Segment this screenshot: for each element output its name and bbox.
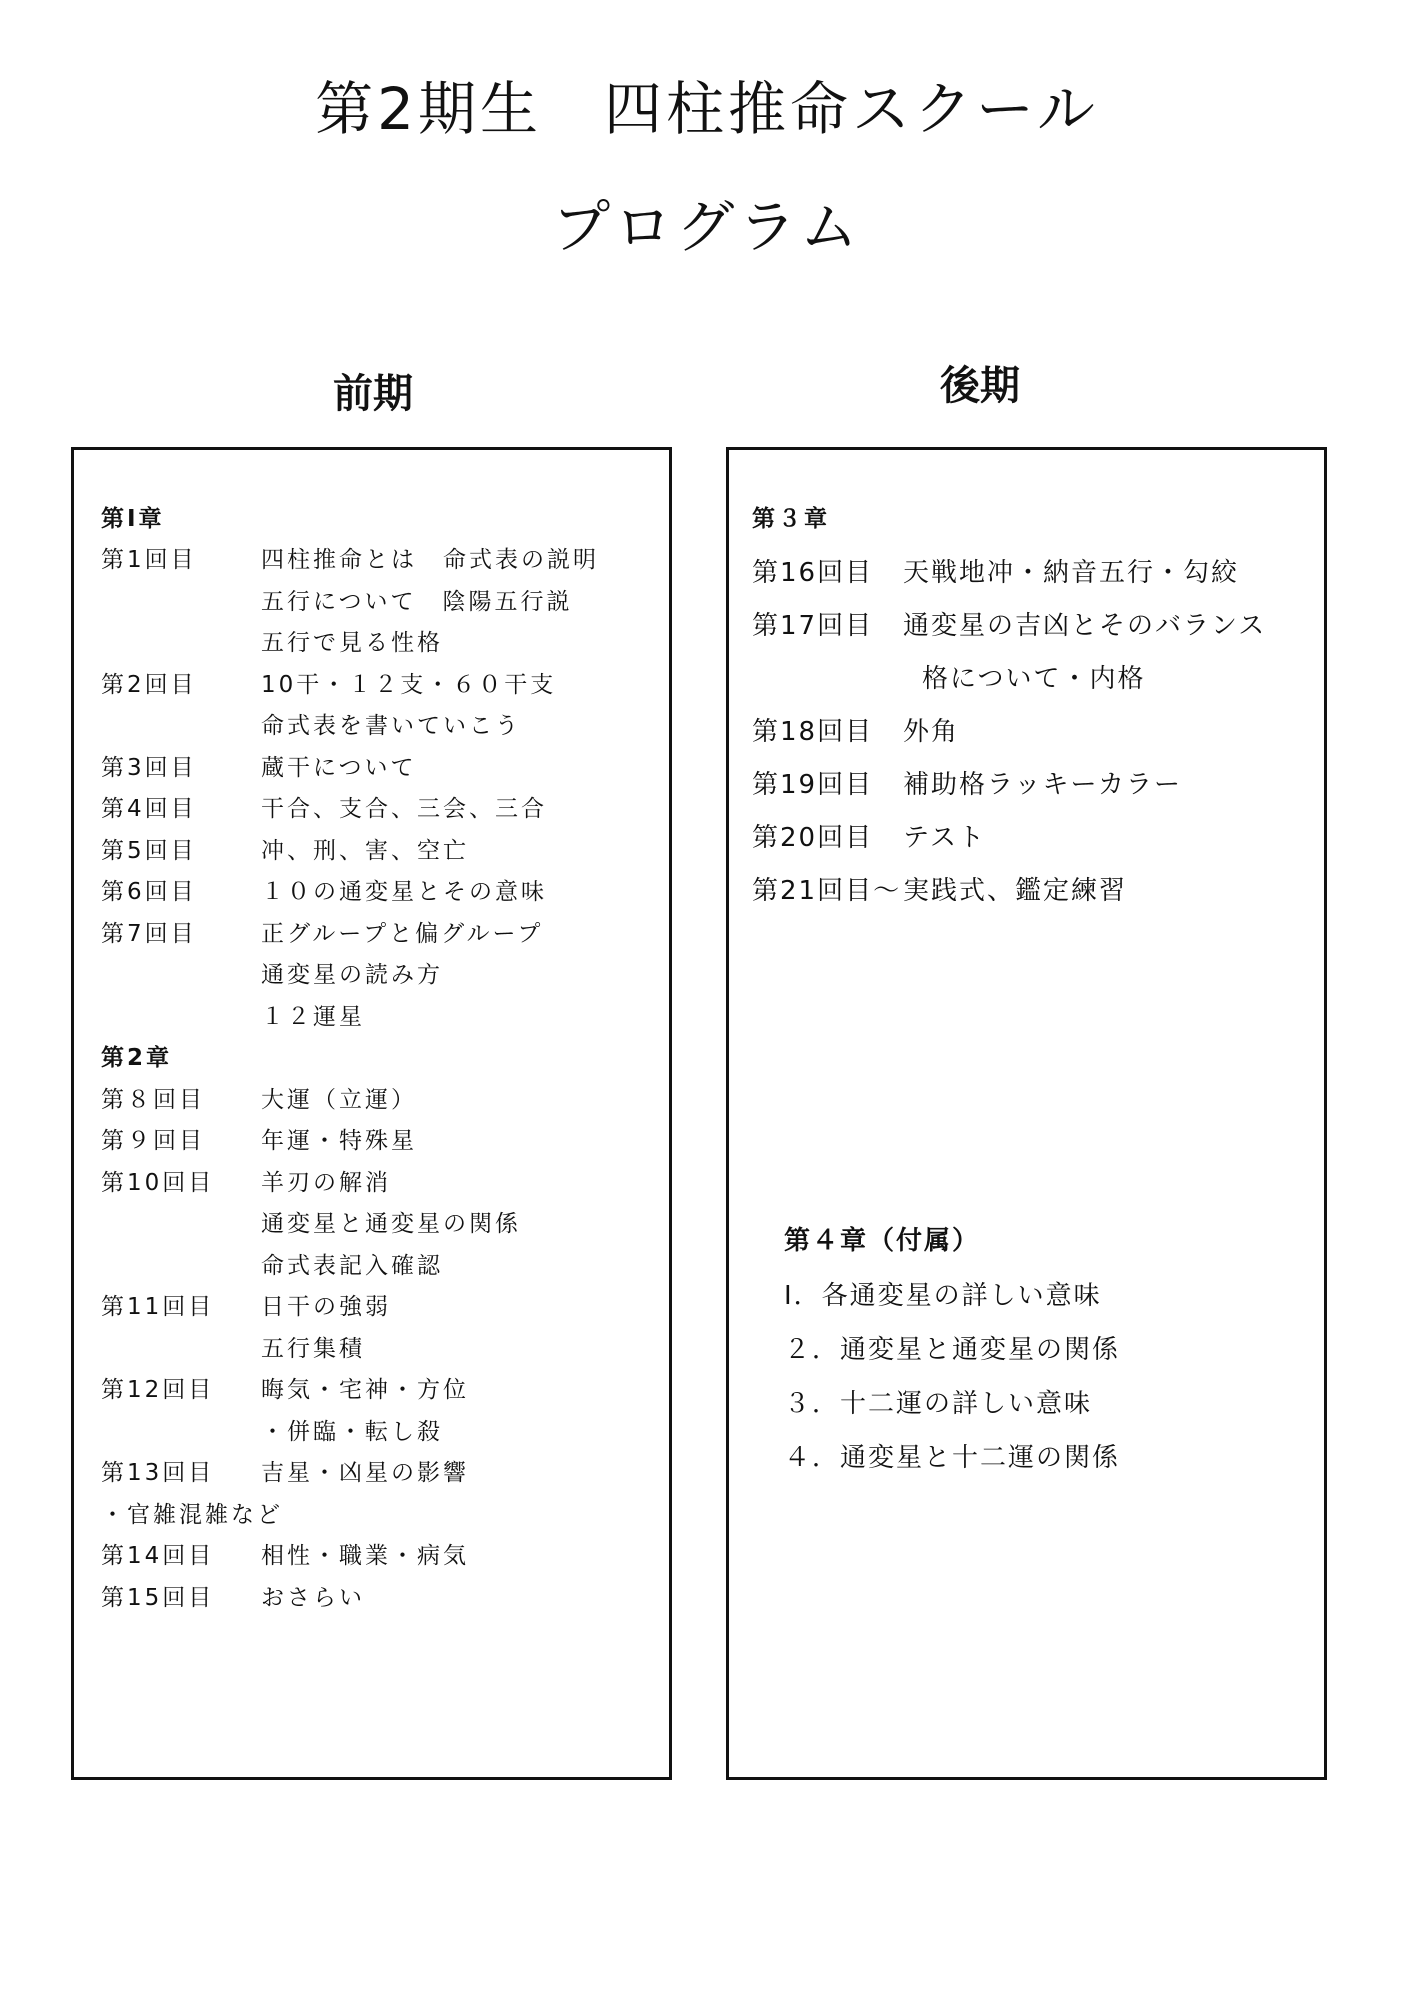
lesson-5-content-1: 冲、刑、害、空亡: [261, 832, 469, 865]
lesson-11-label: 第11回目: [101, 1288, 214, 1321]
lesson-5-label: 第5回目: [101, 832, 197, 865]
lesson-18-label: 第18回目: [752, 711, 873, 748]
appendix-item-3: ３．十二運の詳しい意味: [784, 1383, 1092, 1420]
lesson-13-content-1: 吉星・凶星の影響: [261, 1454, 469, 1487]
lesson-17-label: 第17回目: [752, 605, 873, 642]
lesson-12-content-1: 晦気・宅神・方位: [261, 1371, 469, 1404]
lesson-16-content-1: 天戦地冲・納音五行・勾絞: [903, 552, 1239, 589]
chapter-2-heading: 第2章: [101, 1039, 172, 1072]
lesson-17-content-1: 通変星の吉凶とそのバランス: [903, 605, 1266, 642]
lesson-15-content-1: おさらい: [261, 1579, 365, 1612]
lesson-10-content-2: 通変星と通変星の関係: [261, 1205, 521, 1238]
lesson-14-content-1: 相性・職業・病気: [261, 1537, 469, 1570]
right-column-heading: 後期: [880, 354, 1080, 411]
lesson-11-content-1: 日干の強弱: [261, 1288, 391, 1321]
lesson-21-label: 第21回目～: [752, 870, 901, 907]
lesson-7-content-1: 正グループと偏グループ: [261, 915, 543, 948]
page-title-line2: プログラム: [0, 180, 1414, 264]
lesson-18-content-1: 外角: [903, 711, 959, 748]
lesson-10-content-3: 命式表記入確認: [261, 1247, 443, 1280]
left-column-heading: 前期: [273, 362, 473, 419]
lesson-4-label: 第4回目: [101, 790, 197, 823]
lesson-13-continuation: ・官雑混雑など: [101, 1496, 283, 1529]
lesson-20-content-1: テスト: [903, 817, 986, 854]
lesson-2-label: 第2回目: [101, 666, 197, 699]
lesson-2-content-1: 10干・１２支・６０干支: [261, 666, 556, 699]
right-program-box: [726, 447, 1327, 1780]
appendix-item-2: ２．通変星と通変星の関係: [784, 1329, 1120, 1366]
lesson-1-content-2: 五行について 陰陽五行説: [261, 583, 573, 616]
lesson-3-content-1: 蔵干について: [261, 749, 417, 782]
lesson-1-content-3: 五行で見る性格: [261, 624, 443, 657]
lesson-9-content-1: 年運・特殊星: [261, 1122, 417, 1155]
lesson-12-label: 第12回目: [101, 1371, 214, 1404]
lesson-19-label: 第19回目: [752, 764, 873, 801]
lesson-12-content-2: ・併臨・転し殺: [261, 1413, 443, 1446]
page-title-line1: 第2期生 四柱推命スクール: [0, 62, 1414, 146]
lesson-7-content-2: 通変星の読み方: [261, 956, 443, 989]
appendix-item-1: Ⅰ．各通変星の詳しい意味: [784, 1275, 1102, 1312]
chapter-3-heading: 第３章: [752, 500, 830, 533]
lesson-13-label: 第13回目: [101, 1454, 214, 1487]
appendix-item-4: ４．通変星と十二運の関係: [784, 1437, 1120, 1474]
lesson-2-content-2: 命式表を書いていこう: [261, 707, 521, 740]
lesson-20-label: 第20回目: [752, 817, 873, 854]
chapter-1-heading: 第Ⅰ章: [101, 500, 165, 533]
lesson-6-label: 第6回目: [101, 873, 197, 906]
lesson-4-content-1: 干合、支合、三会、三合: [261, 790, 547, 823]
lesson-14-label: 第14回目: [101, 1537, 214, 1570]
lesson-8-content-1: 大運（立運）: [261, 1081, 417, 1114]
chapter-4-heading: 第４章（付属）: [784, 1220, 980, 1257]
lesson-7-label: 第7回目: [101, 915, 197, 948]
lesson-10-content-1: 羊刃の解消: [261, 1164, 391, 1197]
lesson-8-label: 第８回目: [101, 1081, 205, 1114]
lesson-10-label: 第10回目: [101, 1164, 214, 1197]
lesson-1-content-1: 四柱推命とは 命式表の説明: [261, 541, 599, 574]
lesson-21-content-1: 実践式、鑑定練習: [903, 870, 1127, 907]
lesson-7-content-3: １２運星: [261, 998, 365, 1031]
lesson-19-content-1: 補助格ラッキーカラー: [903, 764, 1182, 801]
lesson-17-content-2: 格について・内格: [922, 658, 1145, 695]
lesson-15-label: 第15回目: [101, 1579, 214, 1612]
lesson-16-label: 第16回目: [752, 552, 873, 589]
lesson-3-label: 第3回目: [101, 749, 197, 782]
lesson-6-content-1: １０の通変星とその意味: [261, 873, 547, 906]
lesson-1-label: 第1回目: [101, 541, 197, 574]
lesson-9-label: 第９回目: [101, 1122, 205, 1155]
lesson-11-content-2: 五行集積: [261, 1330, 365, 1363]
